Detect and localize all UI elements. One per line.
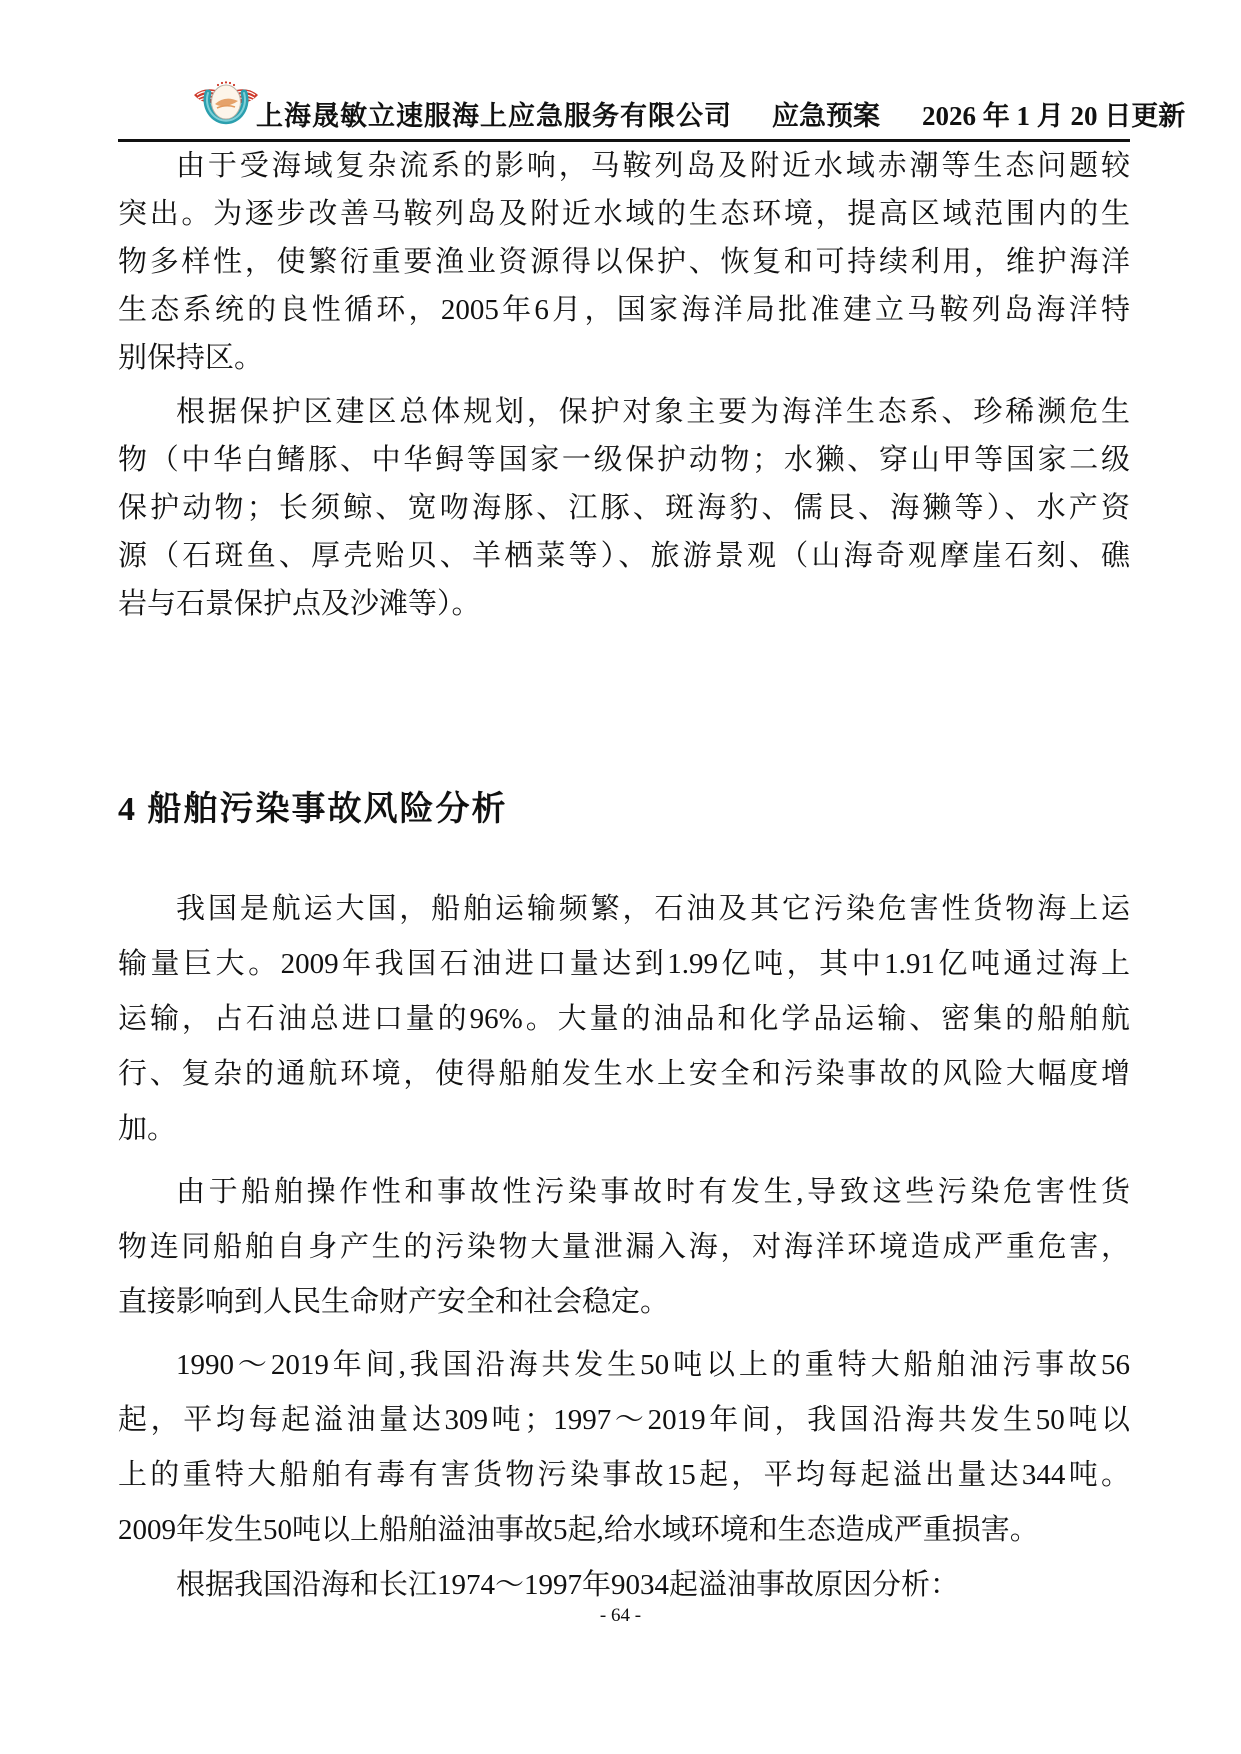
page-number: - 64 - [0,1605,1241,1627]
page-header: 上海晟敏立速服海上应急服务有限公司 应急预案 2026 年 1 月 20 日更新 [256,100,1136,132]
paragraph: 我国是航运大国，船舶运输频繁，石油及其它污染危害性货物海上运 输量巨大。2009… [118,882,1130,1157]
document-body: 由于受海域复杂流系的影响，马鞍列岛及附近水域赤潮等生态问题较 突出。为逐步改善马… [118,142,1130,1613]
text-line: 保护动物；长须鲸、宽吻海豚、江豚、斑海豹、儒艮、海獭等）、水产资 [118,484,1130,532]
text-line: 物连同船舶自身产生的污染物大量泄漏入海，对海洋环境造成严重危害， [118,1220,1130,1275]
text-line: 上的重特大船舶有毒有害货物污染事故15起，平均每起溢出量达344吨。 [118,1448,1130,1503]
text-line: 别保持区。 [118,334,1130,382]
text-line: 由于受海域复杂流系的影响，马鞍列岛及附近水域赤潮等生态问题较 [118,142,1130,190]
text-line: 运输，占石油总进口量的96%。大量的油品和化学品运输、密集的船舶航 [118,992,1130,1047]
text-line: 物多样性，使繁衍重要渔业资源得以保护、恢复和可持续利用，维护海洋 [118,238,1130,286]
text-line: 2009年发生50吨以上船舶溢油事故5起,给水域环境和生态造成严重损害。 [118,1503,1130,1558]
company-name: 上海晟敏立速服海上应急服务有限公司 [256,100,732,132]
text-line: 直接影响到人民生命财产安全和社会稳定。 [118,1275,1130,1330]
paragraph: 由于受海域复杂流系的影响，马鞍列岛及附近水域赤潮等生态问题较 突出。为逐步改善马… [118,142,1130,382]
text-line: 由于船舶操作性和事故性污染事故时有发生,导致这些污染危害性货 [118,1165,1130,1220]
paragraph: 1990～2019年间,我国沿海共发生50吨以上的重特大船舶油污事故56 起，平… [118,1338,1130,1558]
text-line: 物（中华白鳍豚、中华鲟等国家一级保护动物；水獭、穿山甲等国家二级 [118,436,1130,484]
paragraph: 由于船舶操作性和事故性污染事故时有发生,导致这些污染危害性货 物连同船舶自身产生… [118,1165,1130,1330]
section-heading: 4 船舶污染事故风险分析 [118,788,1130,832]
company-logo-icon [191,78,261,140]
text-line: 生态系统的良性循环，2005年6月，国家海洋局批准建立马鞍列岛海洋特 [118,286,1130,334]
text-line: 突出。为逐步改善马鞍列岛及附近水域的生态环境，提高区域范围内的生 [118,190,1130,238]
update-date: 2026 年 1 月 20 日更新 [922,100,1185,132]
document-page: 上海晟敏立速服海上应急服务有限公司 应急预案 2026 年 1 月 20 日更新… [0,0,1241,1754]
paragraph: 根据保护区建区总体规划，保护对象主要为海洋生态系、珍稀濒危生 物（中华白鳍豚、中… [118,388,1130,628]
text-line: 加。 [118,1102,1130,1157]
text-line: 1990～2019年间,我国沿海共发生50吨以上的重特大船舶油污事故56 [118,1338,1130,1393]
text-line: 我国是航运大国，船舶运输频繁，石油及其它污染危害性货物海上运 [118,882,1130,937]
text-line: 输量巨大。2009年我国石油进口量达到1.99亿吨，其中1.91亿吨通过海上 [118,937,1130,992]
text-line: 起，平均每起溢油量达309吨；1997～2019年间，我国沿海共发生50吨以 [118,1393,1130,1448]
text-line: 岩与石景保护点及沙滩等）。 [118,580,1130,628]
text-line: 源（石斑鱼、厚壳贻贝、羊栖菜等）、旅游景观（山海奇观摩崖石刻、礁 [118,532,1130,580]
text-line: 根据保护区建区总体规划，保护对象主要为海洋生态系、珍稀濒危生 [118,388,1130,436]
text-line: 行、复杂的通航环境，使得船舶发生水上安全和污染事故的风险大幅度增 [118,1047,1130,1102]
document-type: 应急预案 [772,100,880,132]
